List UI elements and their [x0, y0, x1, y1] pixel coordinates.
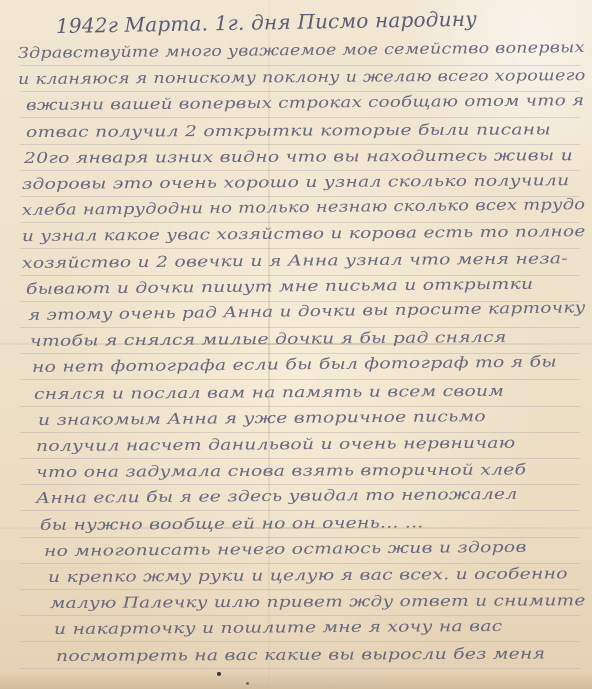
letter-line: и кланяюся я понискому поклону и желаю в…: [18, 66, 586, 88]
letter-line: и крепко жму руки и целую я вас всех. и …: [48, 564, 568, 586]
letter-line: и знакомым Анна я уже вторичное письмо: [38, 407, 486, 429]
ruled-line: [20, 144, 580, 145]
letter-line: здоровы это очень хорошо и узнал сколько…: [22, 171, 570, 193]
ruled-line: [20, 589, 580, 590]
letter-line: посмотреть на вас какие вы выросли без м…: [56, 644, 545, 665]
letter-page: 1942г Марта. 1г. дня Писмо народину Здра…: [0, 0, 592, 689]
letter-line: снялся и послал вам на память и всем сво…: [34, 382, 504, 403]
letter-line: и узнал какое увас хозяйство и корова ес…: [22, 222, 586, 245]
letter-line: но многописать нечего остаюсь жив и здор…: [44, 538, 527, 560]
letter-line: вжизни вашей вопервых строках сообщаю от…: [26, 91, 584, 114]
ruled-line: [20, 668, 580, 669]
ruled-line: [20, 510, 580, 511]
letter-line: что она задумала снова взять вторичной х…: [36, 460, 526, 481]
ruled-line: [20, 458, 580, 459]
letter-line: хозяйство и 2 овечки и я Анна узнал что …: [22, 249, 568, 272]
ruled-line: [20, 641, 580, 642]
letter-line: 20го января изних видно что вы находитес…: [24, 146, 573, 167]
letter-line: отвас получил 2 открытки которые были пи…: [26, 120, 551, 141]
ruled-line: [20, 406, 580, 407]
letter-line: малую Палечку шлю привет жду ответ и сни…: [50, 591, 586, 612]
letter-line: чтобы я снялся милые дочки я бы рад снял…: [30, 328, 507, 350]
ruled-line: [20, 615, 580, 616]
letter-line: хлеба натрудодни но только незнаю скольк…: [22, 195, 585, 219]
letter-header: 1942г Марта. 1г. дня Писмо народину: [56, 7, 477, 38]
letter-line: получил насчет данильвой и очень нервнич…: [36, 434, 516, 455]
letter-line: Анна если бы я ее здесь увидал то непожа…: [36, 485, 518, 507]
letter-line: бывают и дочки пишут мне письма и открыт…: [26, 275, 533, 298]
ruled-line: [20, 117, 580, 118]
letter-line: я этому очень рад Анна и дочки вы просит…: [28, 298, 586, 324]
letter-line: но нет фотографа если бы был фотограф то…: [32, 353, 557, 376]
letter-line: бы нужно вообще ей но он очень... ...: [40, 513, 424, 534]
paper-edge: [0, 671, 592, 689]
letter-line: и накарточку и пошлите мне я хочу на вас: [54, 617, 503, 638]
ruled-line: [20, 563, 580, 564]
letter-line: Здравствуйте много уважаемое мое семейст…: [18, 38, 585, 62]
ruled-line: [20, 379, 580, 380]
ruled-line: [20, 248, 580, 249]
